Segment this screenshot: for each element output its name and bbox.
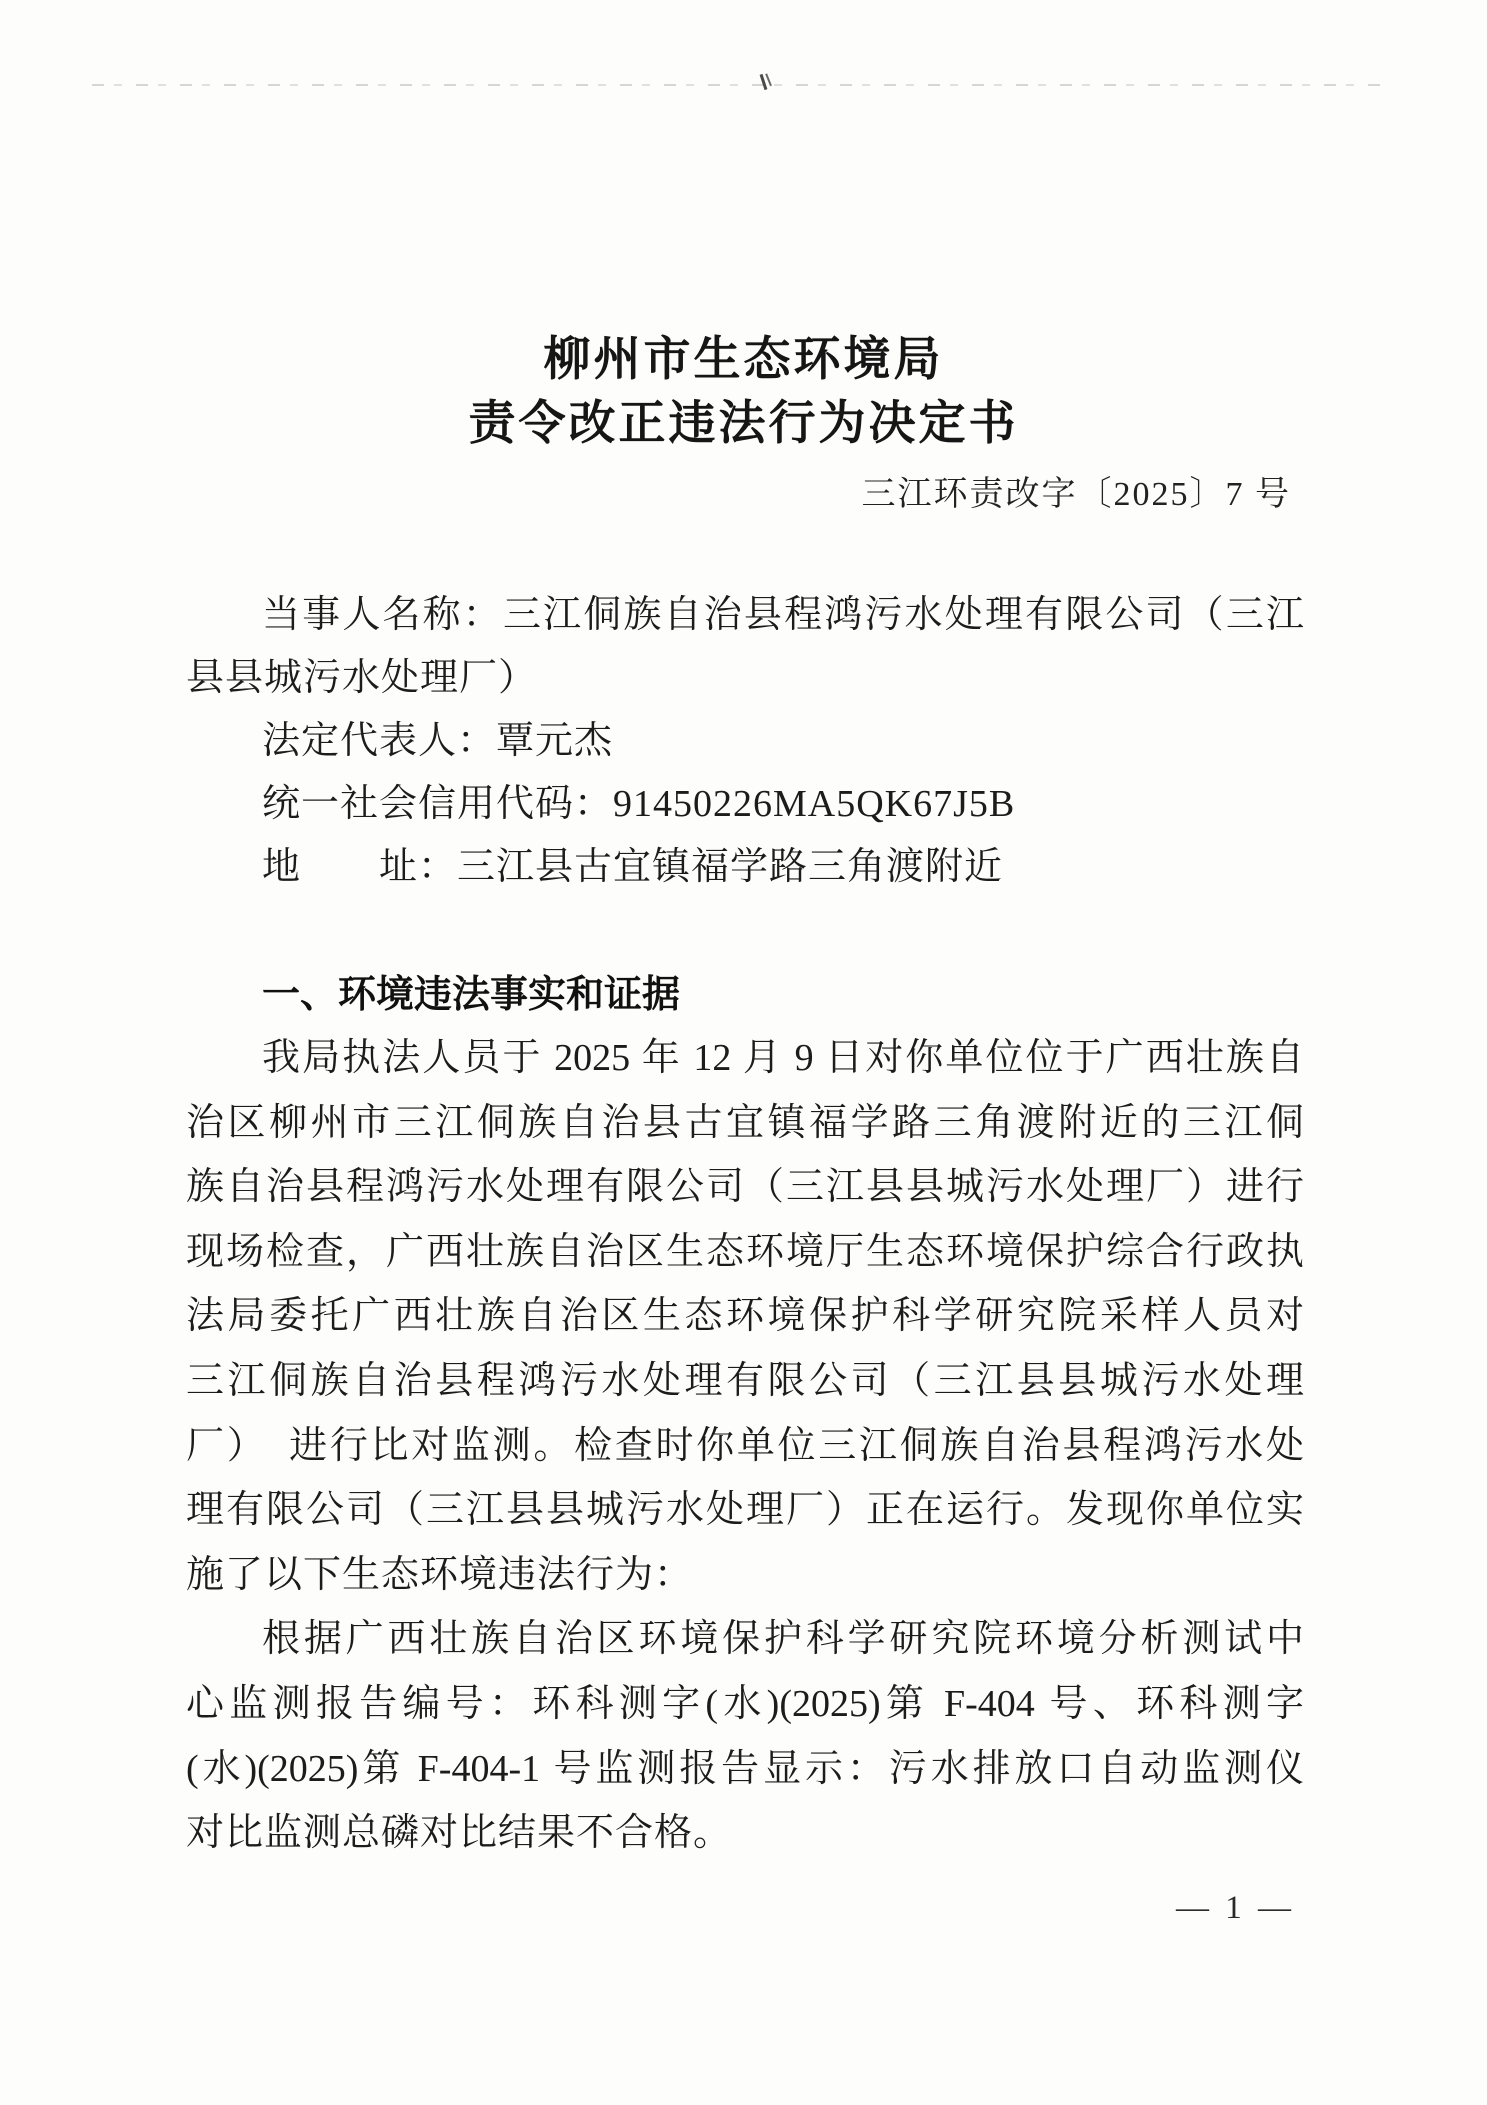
document-page: 柳州市生态环境局 责令改正违法行为决定书 三江环责改字〔2025〕7 号 当事人… (0, 0, 1487, 2105)
text-line: 根据广西壮族自治区环境保护科学研究院环境分析测试中 (186, 1607, 1304, 1672)
text-line: 地 址：三江县古宜镇福学路三角渡附近 (186, 836, 1304, 899)
scan-artifact-mark (760, 74, 768, 90)
text-line: 我局执法人员于 2025 年 12 月 9 日对你单位位于广西壮族自 (186, 1026, 1304, 1091)
text-line: 法局委托广西壮族自治区生态环境保护科学研究院采样人员对 (186, 1284, 1304, 1349)
text-line: 对比监测总磷对比结果不合格。 (186, 1801, 1304, 1866)
page-number: — 1 — (1176, 1890, 1295, 1927)
text-line: 理有限公司（三江县县城污水处理厂）正在运行。发现你单位实 (186, 1478, 1304, 1543)
text-line: (水)(2025)第 F-404-1 号监测报告显示：污水排放口自动监测仪 (186, 1737, 1304, 1802)
party-info-block: 当事人名称：三江侗族自治县程鸿污水处理有限公司（三江县县城污水处理厂）法定代表人… (186, 584, 1304, 899)
text-line: 现场检查，广西壮族自治区生态环境厅生态环境保护综合行政执 (186, 1220, 1304, 1285)
section-heading: 一、环境违法事实和证据 (186, 964, 1304, 1027)
text-line: 施了以下生态环境违法行为： (186, 1543, 1304, 1608)
text-line: 心监测报告编号：环科测字(水)(2025)第 F-404 号、环科测字 (186, 1672, 1304, 1737)
text-line: 族自治县程鸿污水处理有限公司（三江县县城污水处理厂）进行 (186, 1155, 1304, 1220)
text-line: 三江侗族自治县程鸿污水处理有限公司（三江县县城污水处理 (186, 1349, 1304, 1414)
text-line: 厂） 进行比对监测。检查时你单位三江侗族自治县程鸿污水处 (186, 1414, 1304, 1479)
text-line: 法定代表人：覃元杰 (186, 710, 1304, 773)
doc-title-line2: 责令改正违法行为决定书 (0, 386, 1487, 453)
scan-artifact-line (92, 84, 1382, 86)
text-line: 统一社会信用代码：91450226MA5QK67J5B (186, 773, 1304, 836)
text-line: 治区柳州市三江侗族自治县古宜镇福学路三角渡附近的三江侗 (186, 1091, 1304, 1156)
text-line: 当事人名称：三江侗族自治县程鸿污水处理有限公司（三江 (186, 584, 1304, 647)
body-text-block: 我局执法人员于 2025 年 12 月 9 日对你单位位于广西壮族自治区柳州市三… (186, 1026, 1304, 1866)
doc-number: 三江环责改字〔2025〕7 号 (862, 466, 1292, 515)
text-line: 县县城污水处理厂） (186, 647, 1304, 710)
doc-title-line1: 柳州市生态环境局 (0, 322, 1487, 389)
